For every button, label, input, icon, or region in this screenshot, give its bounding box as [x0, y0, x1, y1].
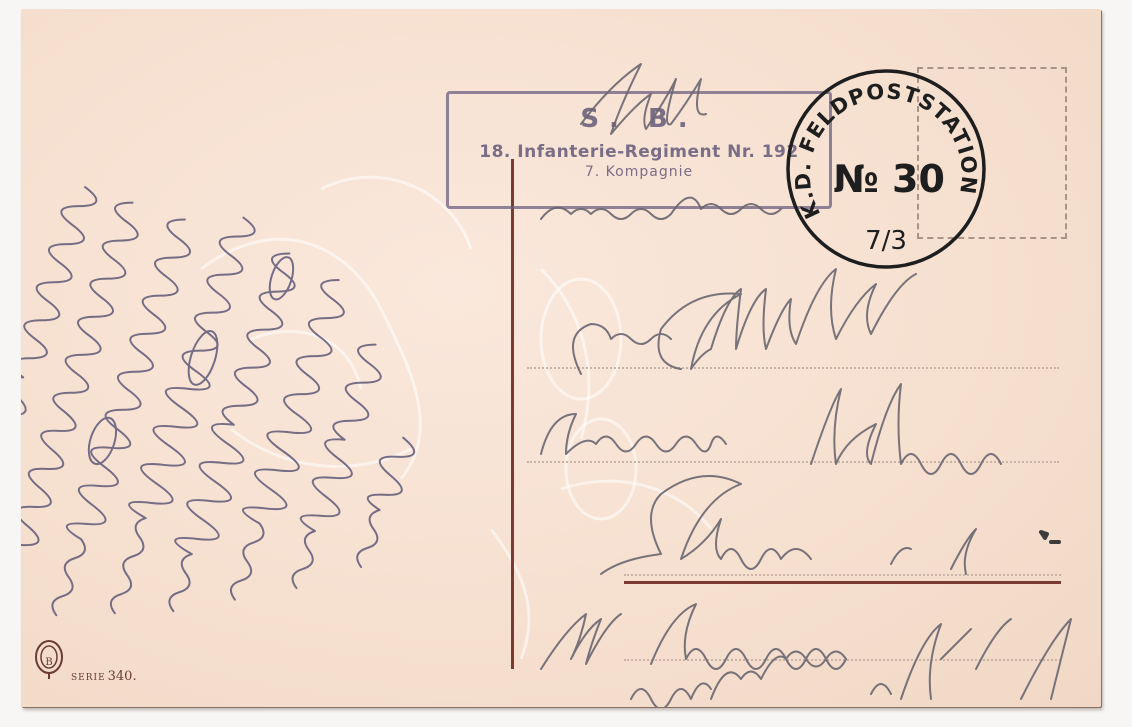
postmark-date: 7/3 [865, 226, 907, 256]
postcard: S. B. 18. Infanterie-Regiment Nr. 192 7.… [21, 9, 1101, 707]
unit-stamp-regiment: 18. Infanterie-Regiment Nr. 192 [449, 142, 829, 162]
series-label: SERIE [71, 673, 106, 683]
postmark-number: № 30 [833, 157, 945, 201]
handwritten-message [21, 163, 467, 707]
address-underline-solid [624, 581, 1061, 584]
publisher-logo-icon: B [33, 639, 65, 681]
publisher-series: SERIE340. [71, 669, 137, 684]
feldpost-postmark: K.D. FELDPOSTSTATION № 30 7/3 [781, 64, 991, 274]
unit-cachet-stamp: S. B. 18. Infanterie-Regiment Nr. 192 7.… [446, 91, 832, 209]
address-line-1 [527, 367, 1059, 369]
handwritten-line-4 [541, 604, 1071, 699]
center-divider-line [511, 159, 514, 669]
handwritten-line-5 [631, 624, 941, 707]
ink-blot [1041, 532, 1059, 542]
series-number: 340. [108, 669, 137, 684]
handwritten-name-schletzke [573, 269, 916, 374]
unit-stamp-company: 7. Kompagnie [449, 164, 829, 180]
address-line-2 [527, 461, 1059, 463]
unit-stamp-title: S. B. [449, 104, 829, 134]
svg-text:B: B [45, 657, 52, 668]
address-line-4 [624, 659, 1061, 661]
address-line-3 [624, 574, 1061, 576]
handwritten-line-3 [601, 476, 976, 574]
